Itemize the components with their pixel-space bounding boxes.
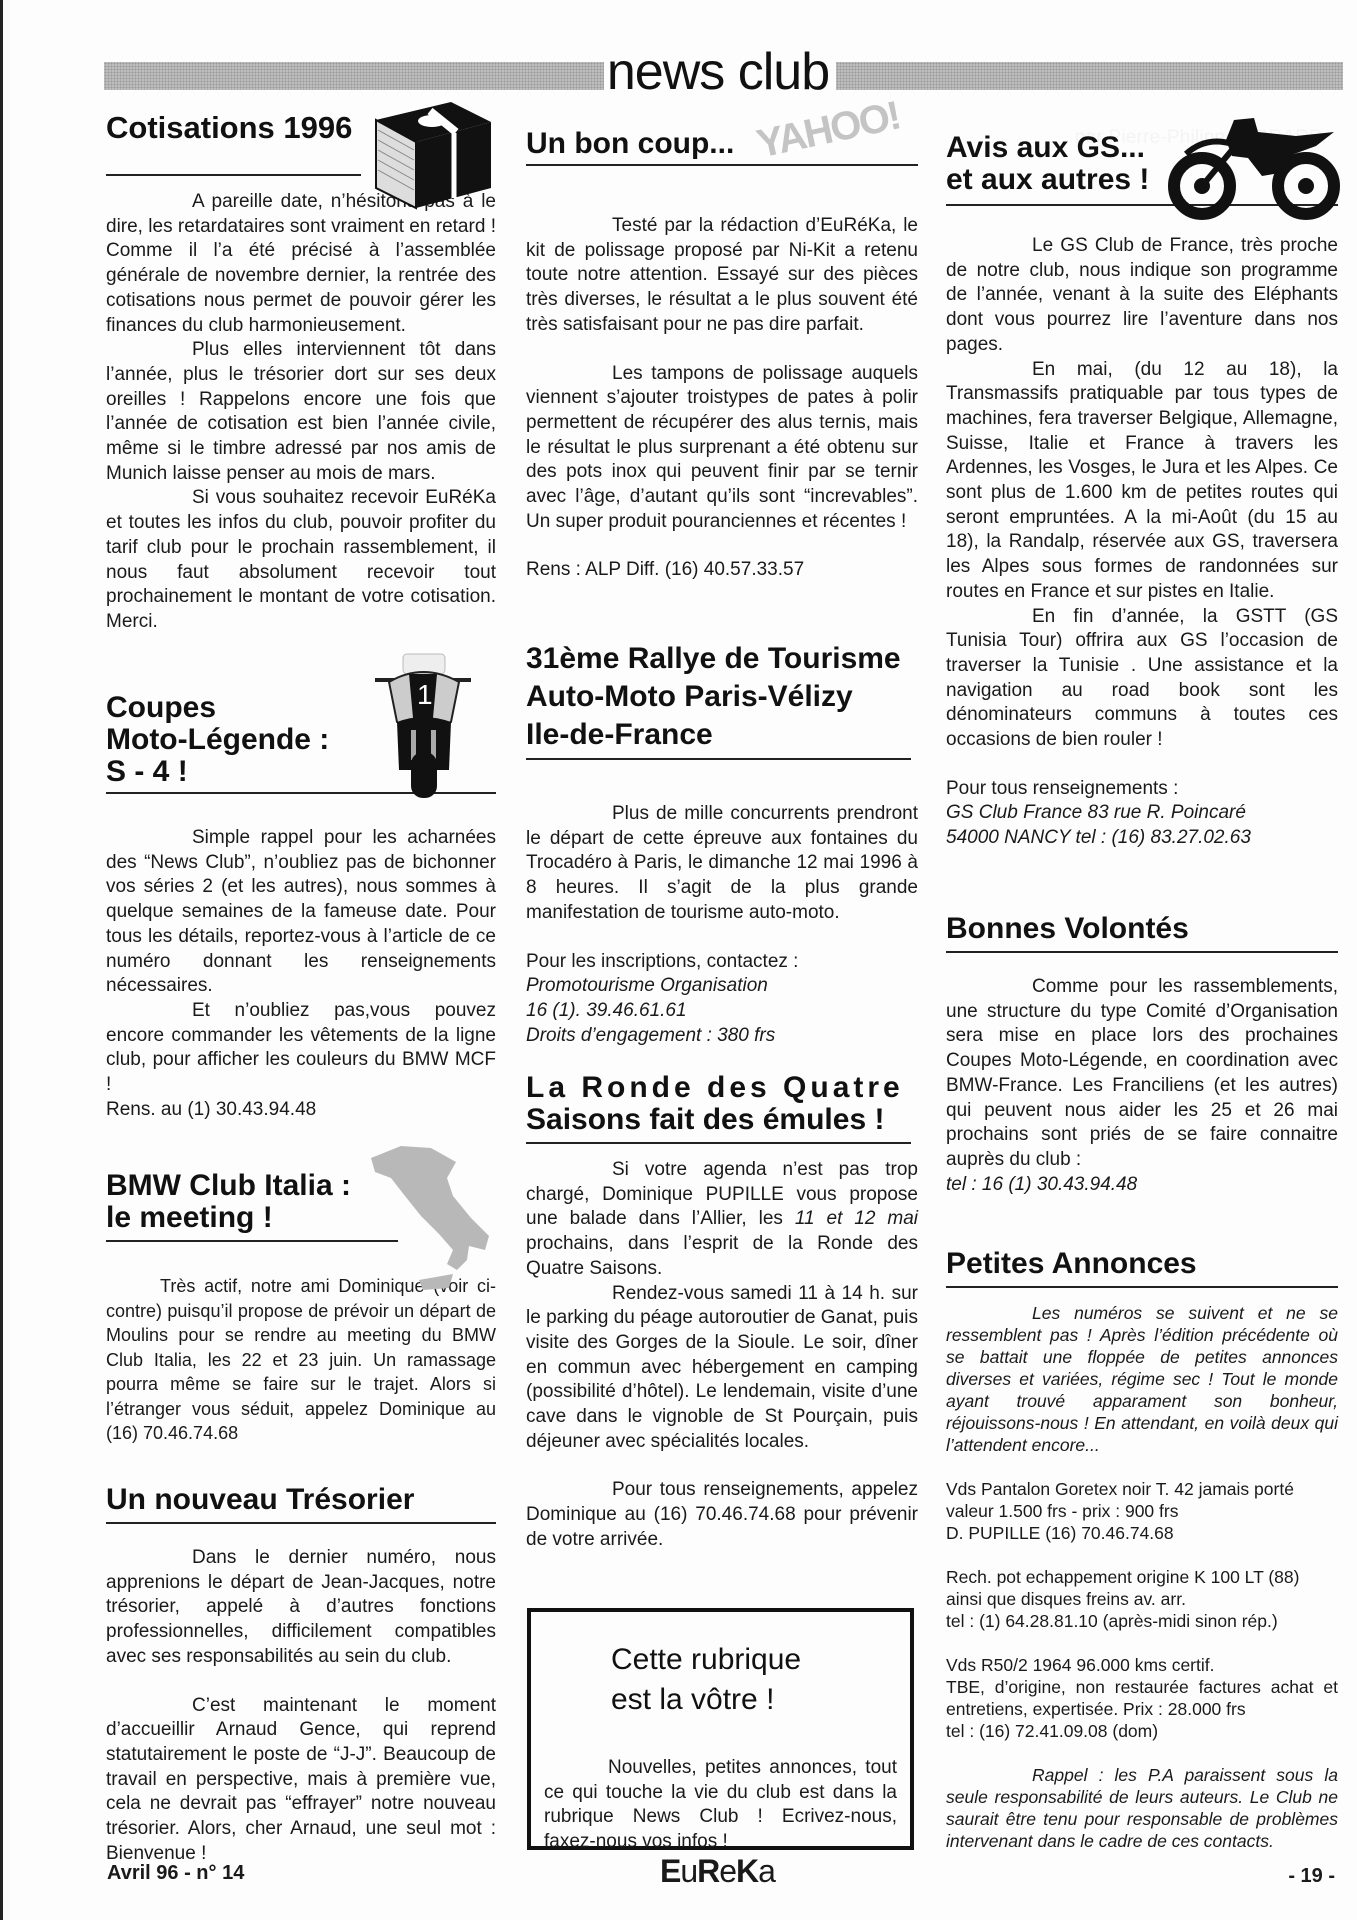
section-title: news club: [600, 44, 836, 100]
heading-annonces: Petites Annonces: [946, 1248, 1338, 1280]
article-tresorier: Un nouveau Trésorier Dans le dernier num…: [106, 1484, 496, 1866]
paragraph: Les tampons de polissage auquels viennen…: [526, 362, 918, 535]
annonces-intro: Les numéros se suivent et ne se ressembl…: [946, 1302, 1338, 1456]
paragraph: A pareille date, n’hésitons pas à le dir…: [106, 190, 496, 338]
money-bundle-icon: [356, 100, 496, 210]
callout-title: Cette rubrique est la vôtre !: [611, 1640, 801, 1720]
svg-text:1: 1: [417, 679, 433, 710]
header-bar-left: [104, 62, 604, 90]
contact-line: Rens. au (1) 30.43.94.48: [106, 1098, 496, 1123]
paragraph: Pour tous renseignements, appelez Domini…: [526, 1478, 918, 1552]
paragraph: Si vous souhaitez recevoir EuRéKa et tou…: [106, 486, 496, 634]
paragraph: Dans le dernier numéro, nous apprenions …: [106, 1546, 496, 1670]
callout-text: Nouvelles, petites annonces, tout ce qui…: [544, 1756, 897, 1854]
article-rallye: 31ème Rallye de Tourisme Auto-Moto Paris…: [526, 640, 918, 1048]
italy-map-icon: [361, 1138, 501, 1308]
classified-ad: Vds Pantalon Goretex noir T. 42 jamais p…: [946, 1478, 1338, 1544]
contact-line: tel : 16 (1) 30.43.94.48: [946, 1173, 1338, 1198]
heading-rule: [946, 1286, 1338, 1288]
article-cotisations: Cotisations 1996 A pareille date, n’hési…: [106, 112, 496, 635]
contact-line: Rens : ALP Diff. (16) 40.57.33.57: [526, 558, 918, 583]
contact-org: Promotourisme Organisation: [526, 974, 918, 999]
heading-rule: [106, 174, 361, 176]
issue-label: Avril 96 - n° 14: [107, 1862, 244, 1885]
paragraph: Et n’oubliez pas,vous pouvez encore comm…: [106, 999, 496, 1098]
header-bar-right: par Pierre-Philippe ERRARD: [836, 62, 1343, 90]
heading-rule: [526, 1142, 911, 1144]
classified-ad: Rech. pot echappement origine K 100 LT (…: [946, 1566, 1338, 1632]
paragraph: Le GS Club de France, très proche de not…: [946, 234, 1338, 358]
heading-rule: [946, 951, 1338, 953]
heading-rule: [526, 758, 911, 760]
paragraph: Plus de mille concurrents prendront le d…: [526, 802, 918, 926]
article-ronde: La Ronde des Quatre Saisons fait des ému…: [526, 1072, 918, 1553]
page-number: - 19 -: [1288, 1865, 1335, 1888]
entry-fee: Droits d’engagement : 380 frs: [526, 1024, 918, 1049]
heading-ronde: La Ronde des Quatre Saisons fait des ému…: [526, 1072, 918, 1136]
contact-phone: 16 (1). 39.46.61.61: [526, 999, 918, 1024]
paragraph: Plus elles interviennent tôt dans l’anné…: [106, 338, 496, 486]
disclaimer: Rappel : les P.A paraissent sous la seul…: [946, 1764, 1338, 1852]
eureka-logo: EuReKa: [660, 1853, 775, 1890]
heading-rule: [106, 1240, 398, 1242]
heading-rule: [106, 1522, 496, 1524]
paragraph: Simple rappel pour les acharnées des “Ne…: [106, 826, 496, 999]
scan-edge: [0, 0, 3, 1920]
paragraph: Comme pour les rassemblements, une struc…: [946, 975, 1338, 1173]
paragraph: Si votre agenda n’est pas trop chargé, D…: [526, 1158, 918, 1282]
heading-volontes: Bonnes Volontés: [946, 913, 1338, 945]
paragraph: En mai, (du 12 au 18), la Transmassifs p…: [946, 358, 1338, 605]
contact-city-phone: 54000 NANCY tel : (16) 83.27.02.63: [946, 826, 1338, 851]
classified-ad: Vds R50/2 1964 96.000 kms certif. TBE, d…: [946, 1654, 1338, 1742]
paragraph: Testé par la rédaction d’EuRéKa, le kit …: [526, 214, 918, 338]
article-annonces: Petites Annonces Les numéros se suivent …: [946, 1248, 1338, 1852]
heading-rallye: 31ème Rallye de Tourisme Auto-Moto Paris…: [526, 640, 918, 754]
article-coupes: Coupes Moto-Légende : S - 4 ! 1 Simple r…: [106, 692, 496, 1122]
dirt-bike-icon: [1166, 110, 1341, 220]
racing-motorcycle-icon: 1: [371, 652, 476, 800]
rubrique-callout-box: Cette rubrique est la vôtre ! Nouvelles,…: [527, 1608, 914, 1850]
article-avis-gs: Avis aux GS... et aux autres ! Le GS Clu…: [946, 118, 1338, 851]
heading-rule: [526, 164, 918, 166]
article-italia: BMW Club Italia : le meeting ! Très acti…: [106, 1170, 496, 1446]
article-volontes: Bonnes Volontés Comme pour les rassemble…: [946, 913, 1338, 1197]
paragraph: Rendez-vous samedi 11 à 14 h. sur le par…: [526, 1282, 918, 1455]
article-bon-coup: Un bon coup... YAHOO! Testé par la rédac…: [526, 120, 918, 583]
contact-intro: Pour tous renseignements :: [946, 777, 1338, 802]
paragraph: En fin d’année, la GSTT (GS Tunisia Tour…: [946, 605, 1338, 753]
heading-tresorier: Un nouveau Trésorier: [106, 1484, 496, 1516]
contact-intro: Pour les inscriptions, contactez :: [526, 950, 918, 975]
contact-address: GS Club France 83 rue R. Poincaré: [946, 801, 1338, 826]
paragraph: C’est maintenant le moment d’accueillir …: [106, 1694, 496, 1867]
